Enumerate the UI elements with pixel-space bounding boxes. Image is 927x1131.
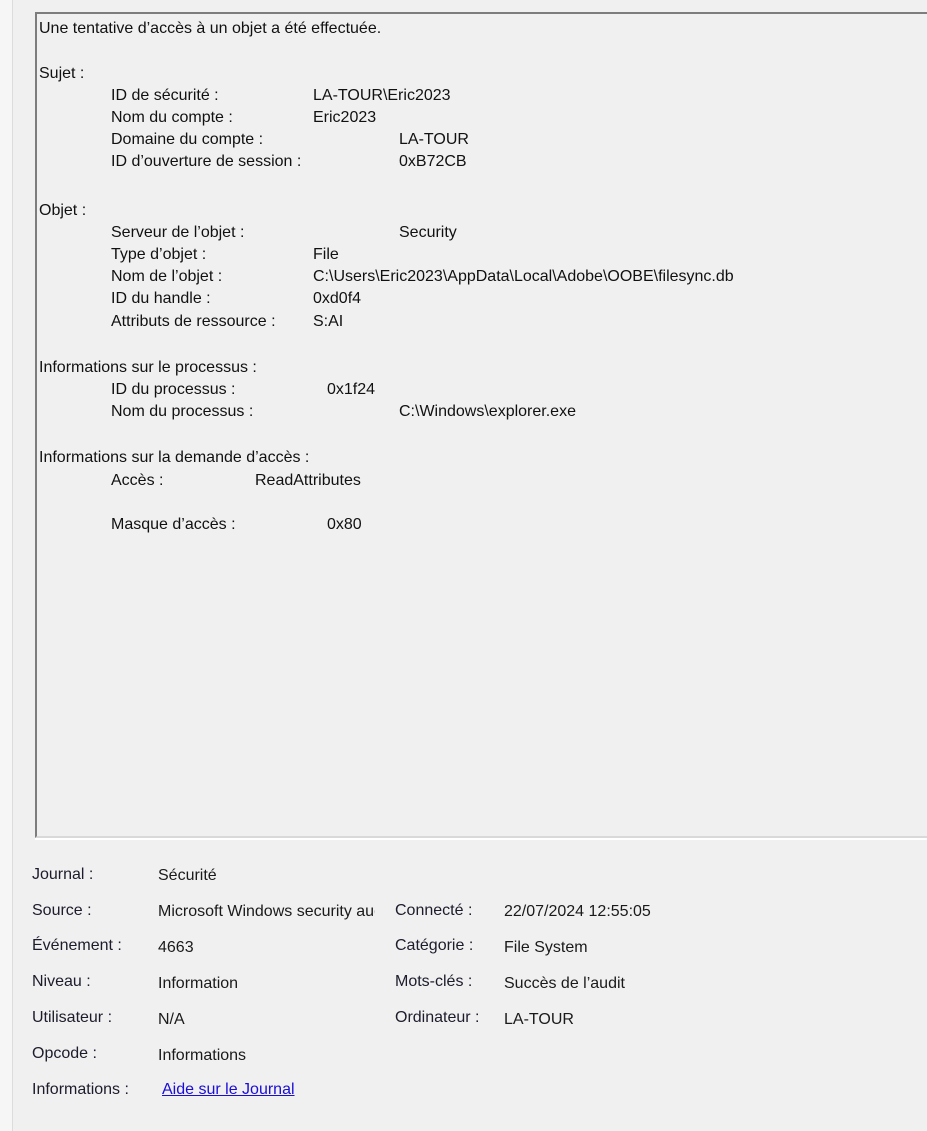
event-log-help-link[interactable]: Aide sur le Journal [162,1080,295,1100]
object-value: S:AI [313,311,343,333]
object-label: Attributs de ressource : [111,311,276,333]
level-value[interactable]: Information [158,974,238,994]
subject-value: Eric2023 [313,107,376,129]
journal-label: Journal : [32,865,93,885]
object-value: Security [399,222,457,244]
object-label: Type d’objet : [111,244,206,266]
section-header-access-request: Informations sur la demande d’accès : [39,447,309,469]
user-label: Utilisateur : [32,1008,112,1028]
subject-value: LA-TOUR [399,129,469,151]
source-value[interactable]: Microsoft Windows security auditing. [158,902,375,922]
subject-label: Nom du compte : [111,107,233,129]
process-label: Nom du processus : [111,401,253,423]
access-label: Accès : [111,470,163,492]
journal-value[interactable]: Sécurité [158,866,217,886]
level-label: Niveau : [32,972,91,992]
section-header-object: Objet : [39,200,86,222]
opcode-value[interactable]: Informations [158,1046,246,1066]
computer-label: Ordinateur : [395,1008,479,1028]
user-value[interactable]: N/A [158,1010,185,1030]
object-value: File [313,244,339,266]
left-pane-edge [0,0,13,1131]
logged-value[interactable]: 22/07/2024 12:55:05 [504,902,651,922]
access-value: ReadAttributes [255,470,361,492]
process-value: 0x1f24 [327,379,375,401]
section-header-process: Informations sur le processus : [39,357,257,379]
computer-value[interactable]: LA-TOUR [504,1010,574,1030]
object-label: ID du handle : [111,288,211,310]
object-value: C:\Users\Eric2023\AppData\Local\Adobe\OO… [313,266,734,288]
keywords-value[interactable]: Succès de l’audit [504,974,625,994]
subject-value: 0xB72CB [399,151,467,173]
section-header-subject: Sujet : [39,63,84,85]
source-label: Source : [32,901,92,921]
logged-label: Connecté : [395,901,472,921]
opcode-label: Opcode : [32,1044,97,1064]
access-mask-label: Masque d’accès : [111,514,236,536]
object-label: Nom de l’objet : [111,266,222,288]
event-id-value[interactable]: 4663 [158,938,194,958]
more-info-label: Informations : [32,1080,129,1100]
object-label: Serveur de l’objet : [111,222,244,244]
subject-value: LA-TOUR\Eric2023 [313,85,451,107]
subject-label: Domaine du compte : [111,129,263,151]
category-label: Catégorie : [395,936,473,956]
category-value[interactable]: File System [504,938,588,958]
event-description-textbox[interactable]: Une tentative d’accès à un objet a été e… [35,12,927,838]
process-label: ID du processus : [111,379,236,401]
event-intro: Une tentative d’accès à un objet a été e… [39,18,381,40]
subject-label: ID de sécurité : [111,85,219,107]
access-mask-value: 0x80 [327,514,362,536]
event-id-label: Événement : [32,936,122,956]
subject-label: ID d’ouverture de session : [111,151,301,173]
keywords-label: Mots-clés : [395,972,472,992]
object-value: 0xd0f4 [313,288,361,310]
process-value: C:\Windows\explorer.exe [399,401,576,423]
